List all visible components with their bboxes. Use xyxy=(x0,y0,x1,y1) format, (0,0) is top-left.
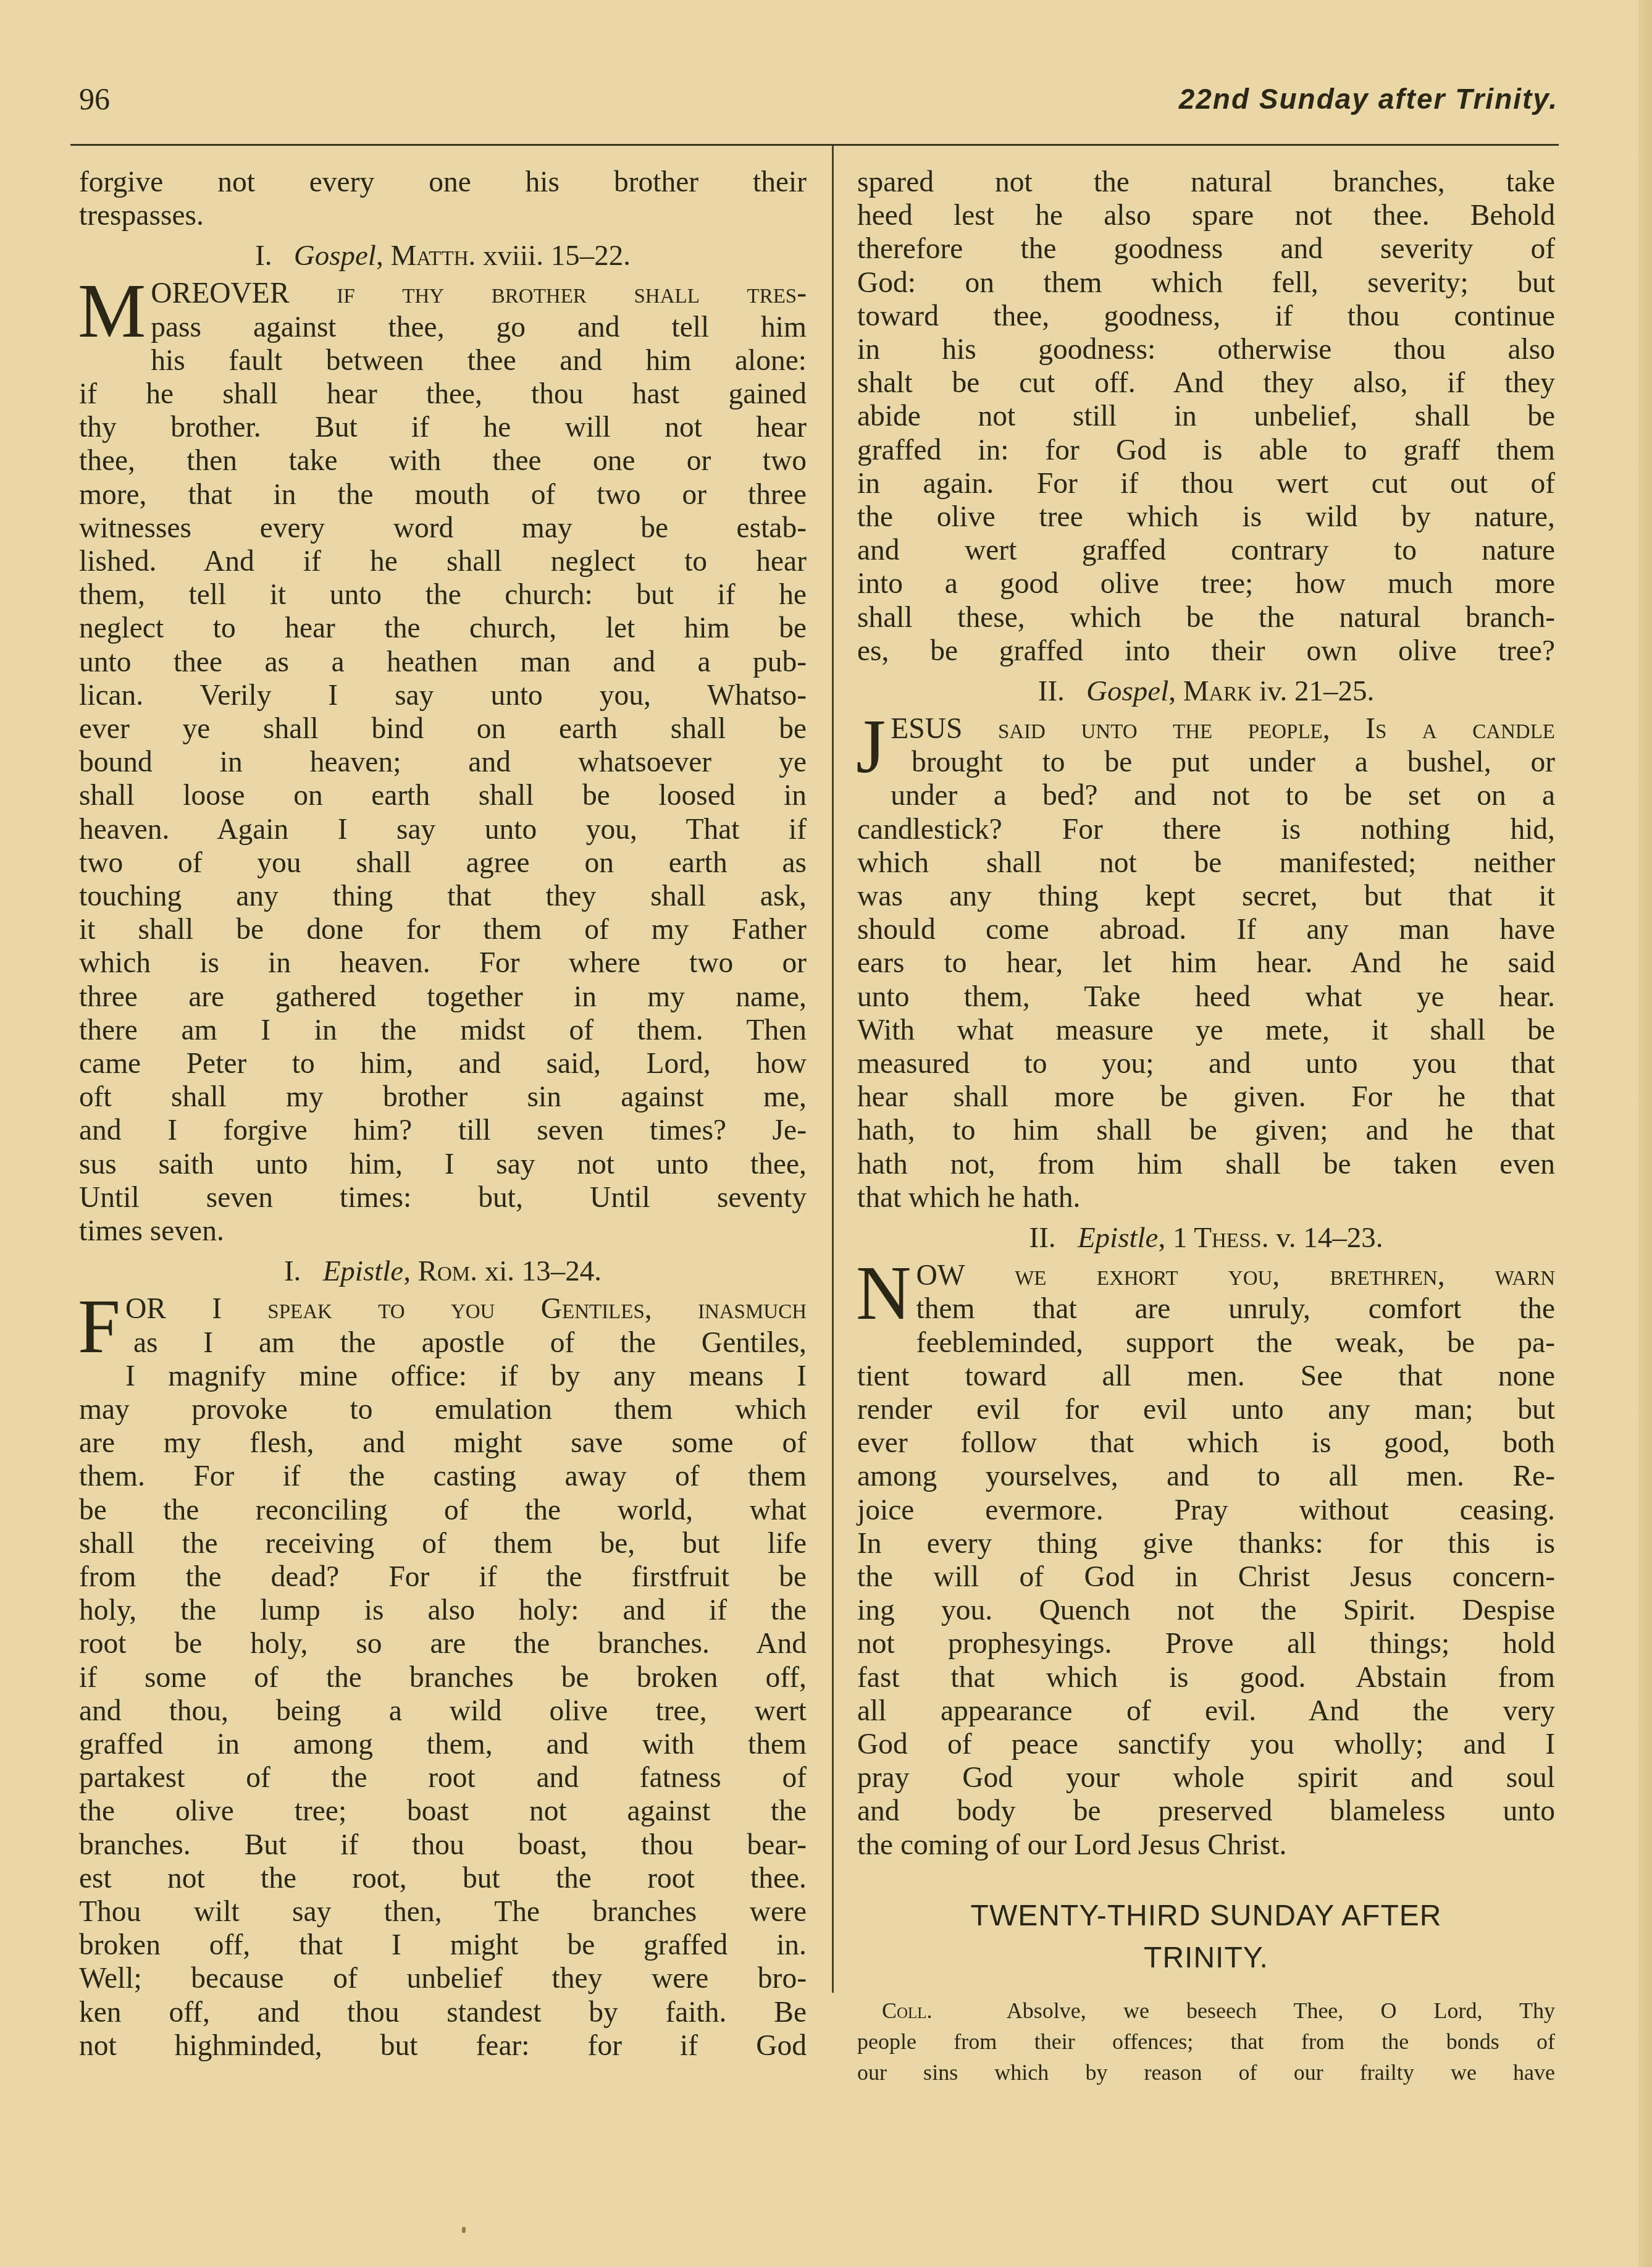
text-line: God: on them which fell, severity; but xyxy=(857,266,1555,300)
running-head: 22nd Sunday after Trinity. xyxy=(1179,80,1558,117)
text-line: tient toward all men. See that none xyxy=(857,1360,1555,1393)
gospel2-heading: II. Gospel, Mark iv. 21–25. xyxy=(857,674,1555,709)
text-line: the olive tree which is wild by nature, xyxy=(857,500,1555,534)
heading-reference: iv. 21–25. xyxy=(1259,675,1374,707)
text-line: from the dead? For if the firstfruit be xyxy=(79,1560,807,1594)
heading-kind: Gospel xyxy=(1086,675,1168,707)
page-header: 96 22nd Sunday after Trinity. xyxy=(79,80,1558,124)
heading-kind: Gospel xyxy=(294,240,376,272)
text-line: thy brother. But if he will not hear xyxy=(79,411,807,444)
text-line: heed lest he also spare not thee. Behold xyxy=(857,199,1555,232)
text-line: more, that in the mouth of two or three xyxy=(79,478,807,511)
heading-kind: Epistle xyxy=(323,1255,404,1287)
text-line: ever ye shall bind on earth shall be xyxy=(79,712,807,746)
text-line: graffed in: for God is able to graff the… xyxy=(857,434,1555,467)
heading-reference: xviii. 15–22. xyxy=(483,240,631,272)
text-line: ing you. Quench not the Spirit. Despise xyxy=(857,1594,1555,1627)
header-rule xyxy=(70,144,1559,146)
gospel2-text: J ESUS said unto the people, Is a candle… xyxy=(857,712,1555,1214)
text-line: not prophesyings. Prove all things; hold xyxy=(857,1627,1555,1660)
text-line: lished. And if he shall neglect to hear xyxy=(79,545,807,578)
text-line: if some of the branches be broken off, xyxy=(79,1661,807,1694)
text-line: graffed in among them, and with them xyxy=(79,1728,807,1761)
heading-reference: xi. 13–24. xyxy=(485,1255,602,1287)
heading-book: Mark xyxy=(1183,675,1252,707)
text-line: bound in heaven; and whatsoever ye xyxy=(79,746,807,779)
text-line: under a bed? and not to be set on a xyxy=(857,779,1555,812)
text-line: and I forgive him? till seven times? Je- xyxy=(79,1114,807,1147)
heading-numeral: II. xyxy=(1029,1222,1056,1254)
continuation-text: forgive not every one his brother their … xyxy=(79,166,807,232)
text-line: them. For if the casting away of them xyxy=(79,1460,807,1493)
text-line: joice evermore. Pray without ceasing. xyxy=(857,1494,1555,1527)
text-line: among yourselves, and to all men. Re- xyxy=(857,1460,1555,1493)
text-line: neglect to hear the church, let him be xyxy=(79,612,807,645)
title-line: TRINITY. xyxy=(857,1937,1555,1979)
text-line: ken off, and thou standest by faith. Be xyxy=(79,1996,807,2029)
text-line: Thou wilt say then, The branches were xyxy=(79,1895,807,1928)
collect-line: Absolve, we beseech Thee, O Lord, Thy xyxy=(1007,1998,1555,2023)
text-line: Well; because of unbelief they were bro- xyxy=(79,1962,807,1995)
epistle2-text: N OW we exhort you, brethren, warn them … xyxy=(857,1259,1555,1862)
text-line: times seven. xyxy=(79,1214,807,1248)
text-line: With what measure ye mete, it shall be xyxy=(857,1014,1555,1047)
text-line: candlestick? For there is nothing hid, xyxy=(857,813,1555,846)
text-line: all appearance of evil. And the very xyxy=(857,1694,1555,1728)
text-line: shall these, which be the natural branch… xyxy=(857,601,1555,634)
text-line: pray God your whole spirit and soul xyxy=(857,1761,1555,1794)
text-line: came Peter to him, and said, Lord, how xyxy=(79,1047,807,1080)
text-line: witnesses every word may be estab- xyxy=(79,511,807,545)
text-line: holy, the lump is also holy: and if the xyxy=(79,1594,807,1627)
heading-numeral: I. xyxy=(255,240,272,272)
drop-cap: F xyxy=(78,1296,120,1360)
drop-cap: M xyxy=(78,280,146,345)
text-line: be the reconciling of the world, what xyxy=(79,1494,807,1527)
text-line: two of you shall agree on earth as xyxy=(79,846,807,880)
text-line: in again. For if thou wert cut out of xyxy=(857,467,1555,500)
text-line: abide not still in unbelief, shall be xyxy=(857,400,1555,433)
text-line: broken off, that I might be graffed in. xyxy=(79,1928,807,1962)
text-line: and thou, being a wild olive tree, wert xyxy=(79,1694,807,1728)
text-line: the olive tree; boast not against the xyxy=(79,1794,807,1828)
gospel-text: M OREOVER if thy brother shall tres- pas… xyxy=(79,277,807,1248)
text-line: OR I speak to you Gentiles, inasmuch xyxy=(79,1292,807,1326)
title-line: TWENTY-THIRD SUNDAY AFTER xyxy=(857,1895,1555,1937)
text-line: his fault between thee and him alone: xyxy=(79,344,807,377)
page-edge xyxy=(1638,0,1652,2267)
text-line: toward thee, goodness, if thou continue xyxy=(857,300,1555,333)
gospel-heading: I. Gospel, Matth. xviii. 15–22. xyxy=(79,238,807,273)
epistle2-heading: II. Epistle, 1 Thess. v. 14–23. xyxy=(857,1221,1555,1255)
text-line: there am I in the midst of them. Then xyxy=(79,1014,807,1047)
text-line: ever follow that which is good, both xyxy=(857,1426,1555,1460)
text-line: may provoke to emulation them which xyxy=(79,1393,807,1426)
text-line: fast that which is good. Abstain from xyxy=(857,1661,1555,1694)
text-line: them that are unruly, comfort the xyxy=(857,1292,1555,1326)
text-line: as I am the apostle of the Gentiles, xyxy=(79,1326,807,1360)
collect-label: Coll. xyxy=(882,1998,933,2023)
text-line: which shall not be manifested; neither xyxy=(857,846,1555,880)
text-line: ears to hear, let him hear. And he said xyxy=(857,946,1555,980)
text-line: shalt be cut off. And they also, if they xyxy=(857,366,1555,400)
heading-book: 1 Thess. xyxy=(1173,1222,1269,1254)
text-line: hath, to him shall be given; and he that xyxy=(857,1114,1555,1147)
text-line: unto thee as a heathen man and a pub- xyxy=(79,646,807,679)
text-line: if he shall hear thee, thou hast gained xyxy=(79,377,807,411)
text-line: touching any thing that they shall ask, xyxy=(79,880,807,913)
text-line: oft shall my brother sin against me, xyxy=(79,1080,807,1114)
heading-reference: v. 14–23. xyxy=(1276,1222,1383,1254)
heading-book: Matth. xyxy=(390,240,476,272)
text-line: est not the root, but the root thee. xyxy=(79,1862,807,1895)
text-line: shall loose on earth shall be loosed in xyxy=(79,779,807,812)
text-line: and body be preserved blameless unto xyxy=(857,1794,1555,1828)
text-line: not highminded, but fear: for if God xyxy=(79,2029,807,2063)
column-divider xyxy=(832,146,834,1993)
text-line: hath not, from him shall be taken even xyxy=(857,1148,1555,1181)
text-line: lican. Verily I say unto you, Whatso- xyxy=(79,679,807,712)
text-line: hear shall more be given. For he that xyxy=(857,1080,1555,1114)
text-line: forgive not every one his brother their xyxy=(79,166,807,199)
epistle-heading: I. Epistle, Rom. xi. 13–24. xyxy=(79,1254,807,1289)
text-line: es, be graffed into their own olive tree… xyxy=(857,634,1555,668)
text-line: and wert graffed contrary to nature xyxy=(857,534,1555,567)
drop-cap: N xyxy=(856,1263,912,1327)
text-line: pass against thee, go and tell him xyxy=(79,311,807,344)
heading-kind: Epistle xyxy=(1078,1222,1159,1254)
heading-numeral: II. xyxy=(1038,675,1065,707)
text-line: it shall be done for them of my Father xyxy=(79,913,807,946)
text-line: into a good olive tree; how much more xyxy=(857,567,1555,600)
text-line: unto them, Take heed what ye hear. xyxy=(857,980,1555,1014)
text-line: the will of God in Christ Jesus concern- xyxy=(857,1560,1555,1594)
text-line: them, tell it unto the church: but if he xyxy=(79,578,807,612)
text-line: which is in heaven. For where two or xyxy=(79,946,807,980)
text-line: God of peace sanctify you wholly; and I xyxy=(857,1728,1555,1761)
left-column: forgive not every one his brother their … xyxy=(79,166,807,2063)
text-line: render evil for evil unto any man; but xyxy=(857,1393,1555,1426)
text-line: our sins which by reason of our frailty … xyxy=(857,2057,1555,2088)
text-line: OW we exhort you, brethren, warn xyxy=(857,1259,1555,1292)
text-line: thee, then take with thee one or two xyxy=(79,444,807,477)
text-line: ESUS said unto the people, Is a candle xyxy=(857,712,1555,746)
text-line: are my flesh, and might save some of xyxy=(79,1426,807,1460)
epistle-continuation-text: spared not the natural branches, take he… xyxy=(857,166,1555,668)
text-line: the coming of our Lord Jesus Christ. xyxy=(857,1828,1555,1862)
text-line: in his goodness: otherwise thou also xyxy=(857,333,1555,366)
text-line: should come abroad. If any man have xyxy=(857,913,1555,946)
text-line: branches. But if thou boast, thou bear- xyxy=(79,1828,807,1862)
epistle-text: F OR I speak to you Gentiles, inasmuch a… xyxy=(79,1292,807,2063)
text-line: shall the receiving of them be, but life xyxy=(79,1527,807,1560)
next-sunday-title: TWENTY-THIRD SUNDAY AFTER TRINITY. xyxy=(857,1895,1555,1979)
right-column: spared not the natural branches, take he… xyxy=(857,166,1555,2088)
heading-numeral: I. xyxy=(284,1255,301,1287)
text-line: measured to you; and unto you that xyxy=(857,1047,1555,1080)
text-line: Coll. Absolve, we beseech Thee, O Lord, … xyxy=(857,1995,1555,2026)
text-line: In every thing give thanks: for this is xyxy=(857,1527,1555,1560)
heading-book: Rom. xyxy=(418,1255,477,1287)
ink-blot xyxy=(462,2227,466,2233)
text-line: OREOVER if thy brother shall tres- xyxy=(79,277,807,310)
text-line: brought to be put under a bushel, or xyxy=(857,746,1555,779)
page-number: 96 xyxy=(79,80,110,117)
text-line: heaven. Again I say unto you, That if xyxy=(79,813,807,846)
text-line: sus saith unto him, I say not unto thee, xyxy=(79,1148,807,1181)
text-line: trespasses. xyxy=(79,199,807,232)
collect-text: Coll. Absolve, we beseech Thee, O Lord, … xyxy=(857,1995,1555,2088)
text-line: spared not the natural branches, take xyxy=(857,166,1555,199)
text-line: three are gathered together in my name, xyxy=(79,980,807,1014)
text-line: Until seven times: but, Until seventy xyxy=(79,1181,807,1214)
text-line: people from their offences; that from th… xyxy=(857,2026,1555,2057)
text-line: partakest of the root and fatness of xyxy=(79,1761,807,1794)
text-line: feebleminded, support the weak, be pa- xyxy=(857,1326,1555,1360)
text-line: root be holy, so are the branches. And xyxy=(79,1627,807,1660)
text-line: therefore the goodness and severity of xyxy=(857,232,1555,266)
drop-cap: J xyxy=(856,716,886,780)
text-line: I magnify mine office: if by any means I xyxy=(79,1360,807,1393)
text-line: that which he hath. xyxy=(857,1181,1555,1214)
text-line: was any thing kept secret, but that it xyxy=(857,880,1555,913)
